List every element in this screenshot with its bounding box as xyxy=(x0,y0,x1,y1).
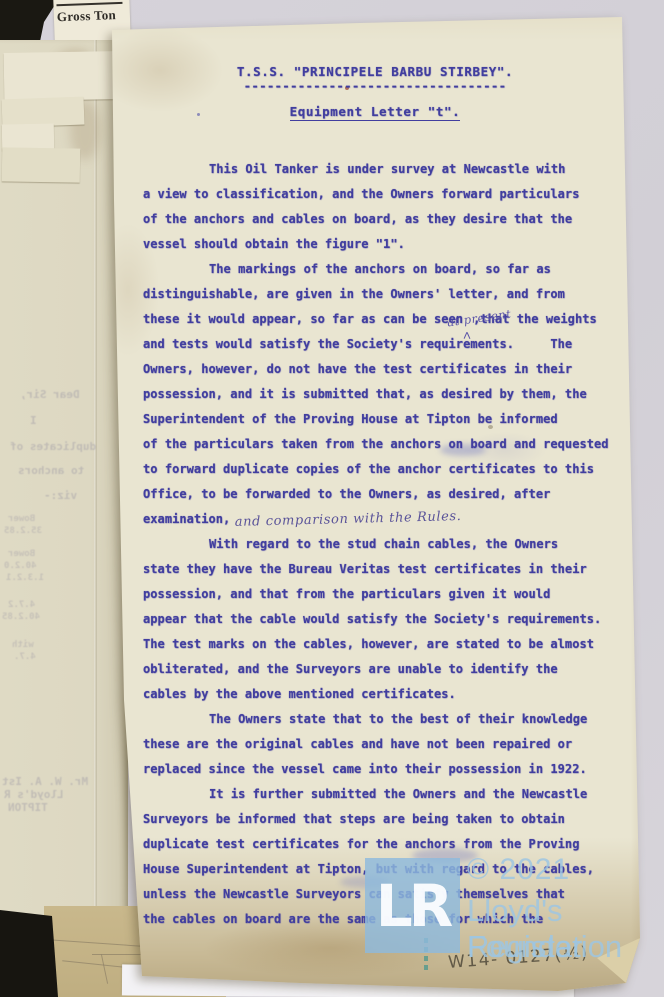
document-heading: T.S.S. "PRINCIPELE BARBU STIRBEY". -----… xyxy=(143,64,607,92)
typed-line: Surveyors be informed that steps are bei… xyxy=(0,807,664,832)
typed-line: of the particulars taken from the anchor… xyxy=(0,432,664,457)
typed-segment: examination, xyxy=(143,512,230,526)
page-title: T.S.S. "PRINCIPELE BARBU STIRBEY". xyxy=(143,64,607,79)
typed-line-with-script: examination, and comparison with the Rul… xyxy=(0,507,664,532)
watermark-copyright: © 2021 xyxy=(467,853,570,887)
typed-line: Office, to be forwarded to the Owners, a… xyxy=(0,482,664,507)
document-subtitle: Equipment Letter "t". xyxy=(143,104,607,119)
handwritten-note: at present xyxy=(446,302,513,336)
typed-line: of the anchors and cables on board, as t… xyxy=(0,207,664,232)
typed-line-with-insertion: these it would appear, so far as can be … xyxy=(0,307,664,332)
main-page: T.S.S. "PRINCIPELE BARBU STIRBEY". -----… xyxy=(0,0,664,997)
typed-line: Owners, however, do not have the test ce… xyxy=(0,357,664,382)
typed-line: The markings of the anchors on board, so… xyxy=(0,257,664,282)
logo-letters: LR xyxy=(376,877,450,935)
title-underline-dashes: ---------------------------------- xyxy=(143,79,607,92)
typed-line: cables by the above mentioned certificat… xyxy=(0,682,664,707)
letter-body: This Oil Tanker is under survey at Newca… xyxy=(0,157,664,932)
typed-line: appear that the cable would satisfy the … xyxy=(0,607,664,632)
typed-line: to forward duplicate copies of the ancho… xyxy=(0,457,664,482)
typed-line: a view to classification, and the Owners… xyxy=(0,182,664,207)
typed-line: This Oil Tanker is under survey at Newca… xyxy=(0,157,664,182)
caret-icon xyxy=(464,332,471,338)
watermark-name-line2: Foundation xyxy=(467,929,622,965)
typed-line: possession, and that from the particular… xyxy=(0,582,664,607)
typed-line: Superintendent of the Proving House at T… xyxy=(0,407,664,432)
typed-line: these are the original cables and have n… xyxy=(0,732,664,757)
typed-line: state they have the Bureau Veritas test … xyxy=(0,557,664,582)
typed-line: possession, and it is submitted that, as… xyxy=(0,382,664,407)
handwritten-script: and comparison with the Rules. xyxy=(230,504,462,535)
typed-line: obliterated, and the Surveyors are unabl… xyxy=(0,657,664,682)
lloyds-register-logo: LR xyxy=(365,858,460,953)
typed-line: and tests would satisfy the Society's re… xyxy=(0,332,664,357)
scanned-document: Total Gross Ton Dear Sir, I duplicates o… xyxy=(0,0,664,997)
typed-line: The Owners state that to the best of the… xyxy=(0,707,664,732)
typed-line: distinguishable, are given in the Owners… xyxy=(0,282,664,307)
typed-line: The test marks on the cables, however, a… xyxy=(0,632,664,657)
typed-line: It is further submitted the Owners and t… xyxy=(0,782,664,807)
subtitle-text: Equipment Letter "t". xyxy=(290,104,461,121)
typed-line: replaced since the vessel came into thei… xyxy=(0,757,664,782)
typed-segment: these it would appear, so far as can be … xyxy=(143,312,463,326)
typed-line: With regard to the stud chain cables, th… xyxy=(0,532,664,557)
typed-line: vessel should obtain the figure "1". xyxy=(0,232,664,257)
